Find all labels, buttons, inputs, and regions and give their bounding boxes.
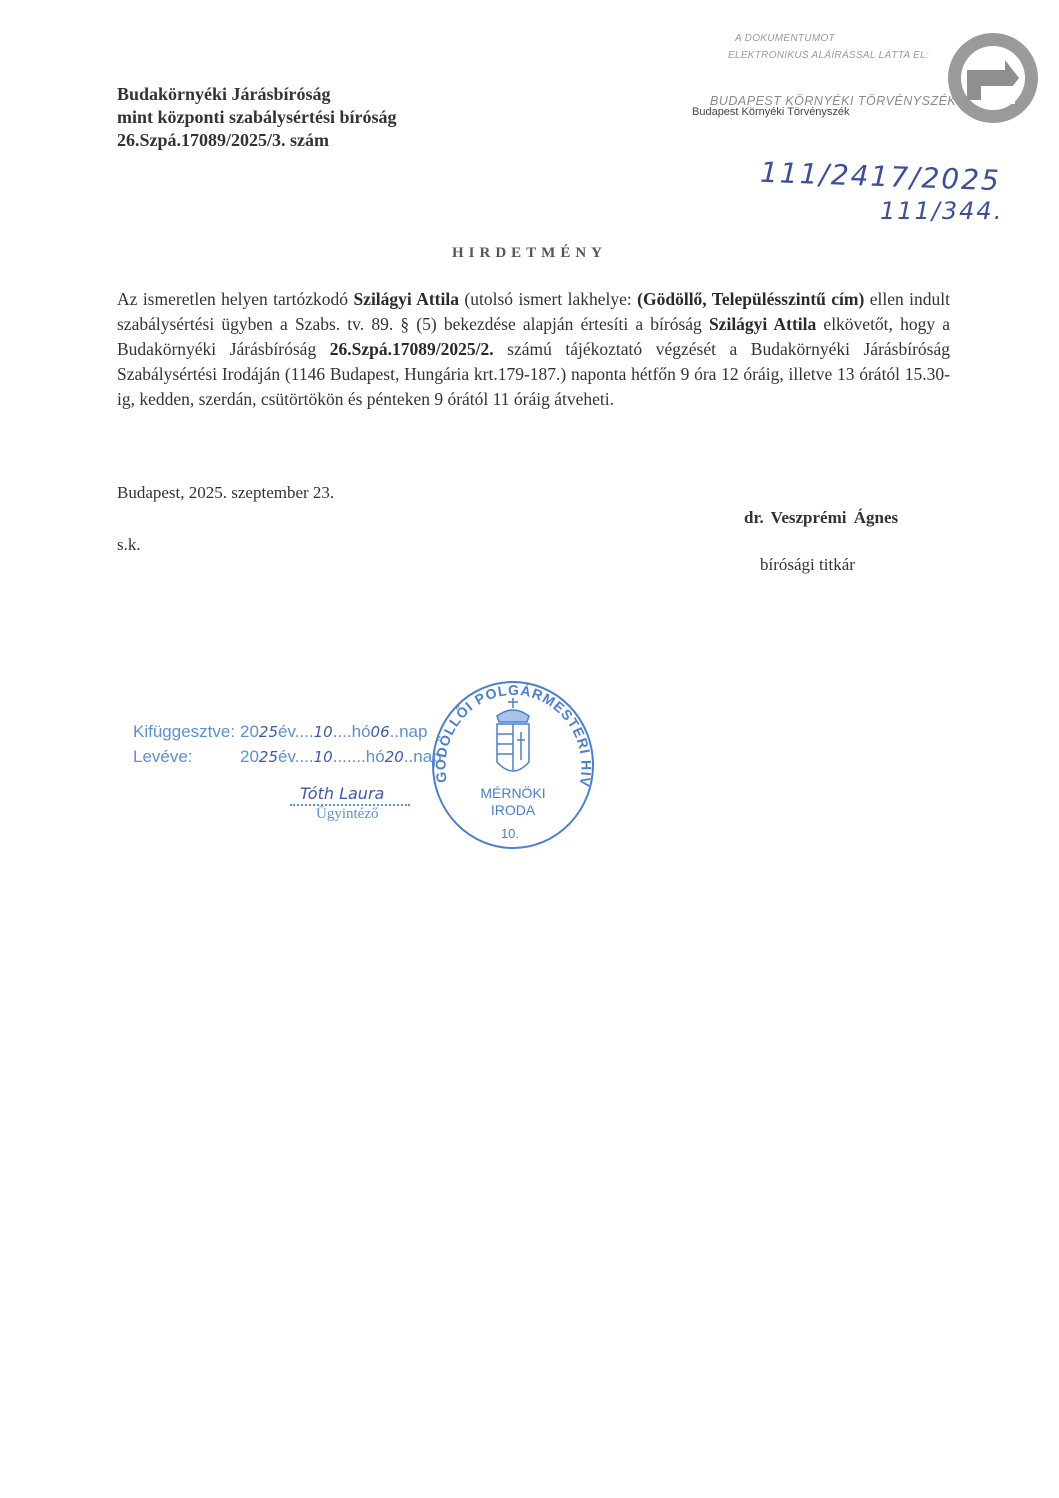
court-logo-icon <box>945 30 1041 126</box>
handwritten-reference-1: 111/2417/2025 <box>759 156 1001 197</box>
removed-day: 20 <box>385 748 404 766</box>
posted-month: 10 <box>314 723 333 741</box>
esig-line-1: A DOKUMENTUMOT <box>735 33 835 44</box>
office-stamp: GÖDÖLLŐI POLGÁRMESTERI HIVATAL MÉRNÖKI I… <box>425 670 595 850</box>
place-date: Budapest, 2025. szeptember 23. <box>117 483 334 503</box>
removed-label: Levéve: <box>133 747 193 767</box>
removed-month: 10 <box>314 748 333 766</box>
body-text-segment: Az ismeretlen helyen tartózkodó <box>117 289 353 309</box>
ho-label: hó <box>352 722 371 741</box>
signer-title: bírósági titkár <box>760 555 855 575</box>
ev-label: év <box>278 747 295 766</box>
posted-day: 06 <box>371 723 390 741</box>
coat-of-arms-icon <box>497 698 529 771</box>
handwritten-reference-2: 111/344. <box>880 197 1003 225</box>
body-emphasis: 26.Szpá.17089/2025/2. <box>330 339 494 359</box>
body-text-segment: (utolsó ismert lakhelye: <box>459 289 637 309</box>
ho-label: hó <box>366 747 385 766</box>
court-header: Budakörnyéki Járásbíróság mint központi … <box>117 83 397 152</box>
esig-court-plain: Budapest Környéki Törvényszék <box>692 106 850 118</box>
posted-year-prefix: 20 <box>240 722 259 741</box>
office-stamp-center-1: MÉRNÖKI <box>480 784 545 801</box>
court-name: Budakörnyéki Járásbíróság <box>117 83 397 106</box>
ev-label: év <box>278 722 295 741</box>
clerk-label: Ügyintéző <box>316 806 378 823</box>
signer-name: dr. Veszprémi Ágnes <box>744 508 898 528</box>
case-number: 26.Szpá.17089/2025/3. szám <box>117 129 397 152</box>
nap-label: nap <box>399 722 427 741</box>
clerk-signature: Tóth Laura <box>300 784 384 803</box>
removed-year-hand: 25 <box>259 748 278 766</box>
removed-date: 2025év....10.......hó20..nap <box>240 747 442 767</box>
notice-body: Az ismeretlen helyen tartózkodó Szilágyi… <box>117 287 950 412</box>
office-stamp-center-2: IRODA <box>491 802 536 818</box>
document-title: HIRDETMÉNY <box>0 245 1059 262</box>
office-stamp-number: 10. <box>501 826 519 841</box>
court-role: mint központi szabálysértési bíróság <box>117 106 397 129</box>
posted-year-hand: 25 <box>259 723 278 741</box>
signed-mark: s.k. <box>117 535 141 555</box>
esig-line-2: ELEKTRONIKUS ALÁÍRÁSSAL LÁTTA EL: <box>728 50 929 61</box>
posted-label: Kifüggesztve: <box>133 722 235 742</box>
body-emphasis: Szilágyi Attila <box>709 314 816 334</box>
posted-date: 2025év....10....hó06..nap <box>240 722 427 742</box>
body-emphasis: Szilágyi Attila <box>353 289 459 309</box>
body-emphasis: (Gödöllő, Településszintű cím) <box>637 289 864 309</box>
removed-year-prefix: 20 <box>240 747 259 766</box>
